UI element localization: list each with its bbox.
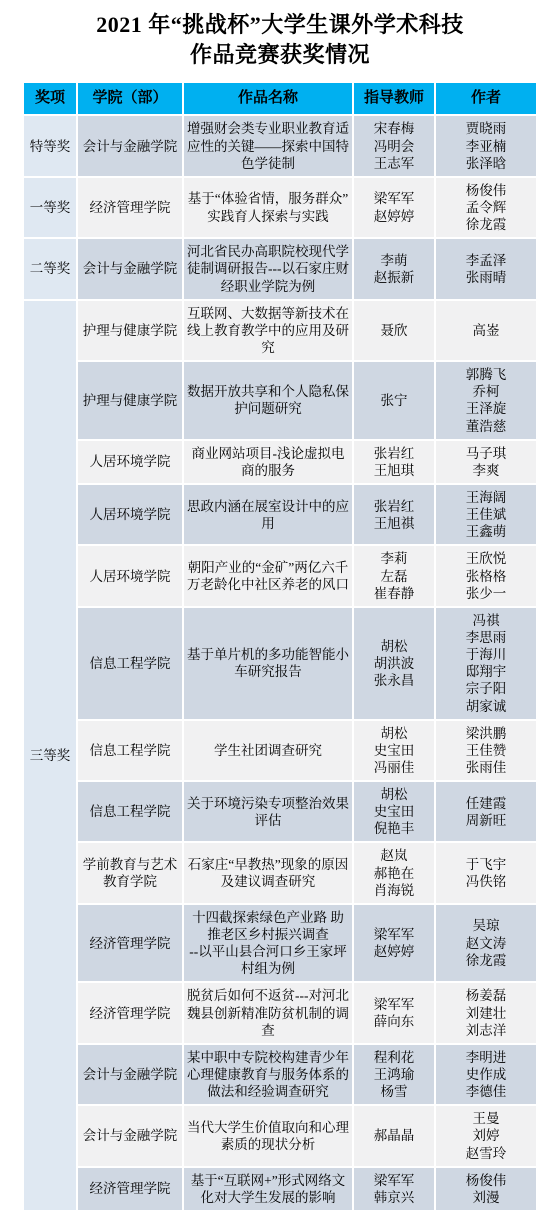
- authors-cell: 杨姜磊 刘建壮 刘志洋: [435, 982, 537, 1043]
- authors-cell: 于飞宇 冯佚铭: [435, 842, 537, 903]
- teachers-cell: 聂欣: [353, 300, 435, 361]
- teachers-cell: 胡松 胡洪波 张永昌: [353, 607, 435, 720]
- college-cell: 人居环境学院: [77, 545, 183, 606]
- teachers-cell: 赵岚 郝艳在 肖海锐: [353, 842, 435, 903]
- award-cell: 二等奖: [23, 238, 77, 299]
- work-title-cell: 基于“互联网+”形式网络文化对大学生发展的影响: [183, 1167, 353, 1211]
- table-row: 特等奖会计与金融学院 增强财会类专业职业教育适应性的关键——探索中国特色学徒制 …: [23, 115, 537, 176]
- table-row: 会计与金融学院 当代大学生价值取向和心理素质的现状分析 郝晶晶 王曼 刘婷 赵雪…: [23, 1105, 537, 1166]
- authors-cell: 梁洪鹏 王佳赞 张雨佳: [435, 720, 537, 781]
- college-cell: 人居环境学院: [77, 440, 183, 484]
- table-row: 护理与健康学院 数据开放共享和个人隐私保护问题研究 张宁 郭腾飞 乔柯 王泽旋 …: [23, 361, 537, 440]
- teachers-cell: 郝晶晶: [353, 1105, 435, 1166]
- authors-cell: 任建霞 周新旺: [435, 781, 537, 842]
- work-title-cell: 十四截探索绿色产业路 助推老区乡村振兴调查 --以平山县合河口乡王家坪村组为例: [183, 904, 353, 983]
- teachers-cell: 张宁: [353, 361, 435, 440]
- college-cell: 经济管理学院: [77, 177, 183, 238]
- college-cell: 信息工程学院: [77, 607, 183, 720]
- authors-cell: 李孟泽 张雨晴: [435, 238, 537, 299]
- work-title-cell: 关于环境污染专项整治效果评估: [183, 781, 353, 842]
- table-row: 信息工程学院 学生社团调查研究 胡松 史宝田 冯丽佳 梁洪鹏 王佳赞 张雨佳: [23, 720, 537, 781]
- document-title: 2021 年“挑战杯”大学生课外学术科技 作品竞赛获奖情况: [10, 10, 550, 69]
- authors-cell: 贾晓雨 李亚楠 张泽晗: [435, 115, 537, 176]
- teachers-cell: 梁军军 赵婷婷: [353, 904, 435, 983]
- work-title-cell: 数据开放共享和个人隐私保护问题研究: [183, 361, 353, 440]
- table-row: 三等奖护理与健康学院 互联网、大数据等新技术在线上教育教学中的应用及研究 聂欣 …: [23, 300, 537, 361]
- work-title-cell: 学生社团调查研究: [183, 720, 353, 781]
- work-title-cell: 某中职中专院校构建青少年心理健康教育与服务体系的做法和经验调查研究: [183, 1044, 353, 1105]
- authors-cell: 王曼 刘婷 赵雪玲: [435, 1105, 537, 1166]
- teachers-cell: 程利花 王鸿瑜 杨雪: [353, 1044, 435, 1105]
- teachers-cell: 张岩红 王旭琪: [353, 440, 435, 484]
- college-cell: 信息工程学院: [77, 781, 183, 842]
- authors-cell: 吴琼 赵文涛 徐龙霞: [435, 904, 537, 983]
- college-cell: 学前教育与艺术教育学院: [77, 842, 183, 903]
- teachers-cell: 胡松 史宝田 倪艳丰: [353, 781, 435, 842]
- table-row: 经济管理学院 基于“互联网+”形式网络文化对大学生发展的影响 梁军军 韩京兴 杨…: [23, 1167, 537, 1211]
- column-header-work: 作品名称: [183, 82, 353, 115]
- authors-cell: 冯祺 李思雨 于海川 邸翔宇 宗子阳 胡家诚: [435, 607, 537, 720]
- college-cell: 会计与金融学院: [77, 1105, 183, 1166]
- work-title-cell: 商业网站项目-浅论虚拟电商的服务: [183, 440, 353, 484]
- college-cell: 经济管理学院: [77, 904, 183, 983]
- work-title-cell: 朝阳产业的“金矿”两亿六千万老龄化中社区养老的风口: [183, 545, 353, 606]
- authors-cell: 郭腾飞 乔柯 王泽旋 董浩慈: [435, 361, 537, 440]
- table-row: 人居环境学院 商业网站项目-浅论虚拟电商的服务 张岩红 王旭琪 马子琪 李爽: [23, 440, 537, 484]
- teachers-cell: 李莉 左磊 崔春静: [353, 545, 435, 606]
- table-row: 人居环境学院 朝阳产业的“金矿”两亿六千万老龄化中社区养老的风口 李莉 左磊 崔…: [23, 545, 537, 606]
- authors-cell: 杨俊伟 孟令辉 徐龙霞: [435, 177, 537, 238]
- table-row: 人居环境学院 思政内涵在展室设计中的应用 张岩红 王旭祺 王海阔 王佳斌 王鑫萌: [23, 484, 537, 545]
- teachers-cell: 宋春梅 冯明会 王志军: [353, 115, 435, 176]
- table-row: 会计与金融学院 某中职中专院校构建青少年心理健康教育与服务体系的做法和经验调查研…: [23, 1044, 537, 1105]
- work-title-cell: 河北省民办高职院校现代学徒制调研报告---以石家庄财经职业学院为例: [183, 238, 353, 299]
- work-title-cell: 脱贫后如何不返贫---对河北魏县创新精准防贫机制的调查: [183, 982, 353, 1043]
- award-cell: 一等奖: [23, 177, 77, 238]
- awards-table: 奖项 学院（部） 作品名称 指导教师 作者 特等奖会计与金融学院 增强财会类专业…: [22, 81, 538, 1212]
- work-title-cell: 基于“体验省情，服务群众”实践育人探索与实践: [183, 177, 353, 238]
- teachers-cell: 李萌 赵振新: [353, 238, 435, 299]
- college-cell: 护理与健康学院: [77, 361, 183, 440]
- authors-cell: 高崟: [435, 300, 537, 361]
- table-row: 二等奖会计与金融学院 河北省民办高职院校现代学徒制调研报告---以石家庄财经职业…: [23, 238, 537, 299]
- document-title-line1: 2021 年“挑战杯”大学生课外学术科技: [96, 12, 464, 37]
- header-row: 奖项 学院（部） 作品名称 指导教师 作者: [23, 82, 537, 115]
- table-row: 信息工程学院 关于环境污染专项整治效果评估 胡松 史宝田 倪艳丰 任建霞 周新旺: [23, 781, 537, 842]
- college-cell: 会计与金融学院: [77, 115, 183, 176]
- column-header-teacher: 指导教师: [353, 82, 435, 115]
- teachers-cell: 梁军军 韩京兴: [353, 1167, 435, 1211]
- column-header-college: 学院（部）: [77, 82, 183, 115]
- work-title-cell: 当代大学生价值取向和心理素质的现状分析: [183, 1105, 353, 1166]
- table-row: 经济管理学院 脱贫后如何不返贫---对河北魏县创新精准防贫机制的调查 梁军军 薛…: [23, 982, 537, 1043]
- college-cell: 经济管理学院: [77, 982, 183, 1043]
- work-title-cell: 石家庄“早教热”现象的原因及建议调查研究: [183, 842, 353, 903]
- table-row: 学前教育与艺术教育学院 石家庄“早教热”现象的原因及建议调查研究 赵岚 郝艳在 …: [23, 842, 537, 903]
- teachers-cell: 梁军军 赵婷婷: [353, 177, 435, 238]
- work-title-cell: 思政内涵在展室设计中的应用: [183, 484, 353, 545]
- college-cell: 会计与金融学院: [77, 1044, 183, 1105]
- award-cell: 三等奖: [23, 300, 77, 1211]
- authors-cell: 马子琪 李爽: [435, 440, 537, 484]
- authors-cell: 李明进 史作成 李德佳: [435, 1044, 537, 1105]
- authors-cell: 王欣悦 张格格 张少一: [435, 545, 537, 606]
- teachers-cell: 胡松 史宝田 冯丽佳: [353, 720, 435, 781]
- college-cell: 人居环境学院: [77, 484, 183, 545]
- teachers-cell: 张岩红 王旭祺: [353, 484, 435, 545]
- college-cell: 会计与金融学院: [77, 238, 183, 299]
- authors-cell: 杨俊伟 刘漫: [435, 1167, 537, 1211]
- teachers-cell: 梁军军 薛向东: [353, 982, 435, 1043]
- page: 2021 年“挑战杯”大学生课外学术科技 作品竞赛获奖情况 奖项 学院（部） 作…: [0, 0, 560, 1212]
- award-cell: 特等奖: [23, 115, 77, 176]
- work-title-cell: 互联网、大数据等新技术在线上教育教学中的应用及研究: [183, 300, 353, 361]
- work-title-cell: 基于单片机的多功能智能小车研究报告: [183, 607, 353, 720]
- college-cell: 信息工程学院: [77, 720, 183, 781]
- table-row: 经济管理学院 十四截探索绿色产业路 助推老区乡村振兴调查 --以平山县合河口乡王…: [23, 904, 537, 983]
- table-row: 一等奖经济管理学院 基于“体验省情，服务群众”实践育人探索与实践 梁军军 赵婷婷…: [23, 177, 537, 238]
- work-title-cell: 增强财会类专业职业教育适应性的关键——探索中国特色学徒制: [183, 115, 353, 176]
- authors-cell: 王海阔 王佳斌 王鑫萌: [435, 484, 537, 545]
- column-header-author: 作者: [435, 82, 537, 115]
- document-title-line2: 作品竞赛获奖情况: [190, 42, 370, 67]
- table-row: 信息工程学院 基于单片机的多功能智能小车研究报告 胡松 胡洪波 张永昌 冯祺 李…: [23, 607, 537, 720]
- college-cell: 经济管理学院: [77, 1167, 183, 1211]
- college-cell: 护理与健康学院: [77, 300, 183, 361]
- column-header-award: 奖项: [23, 82, 77, 115]
